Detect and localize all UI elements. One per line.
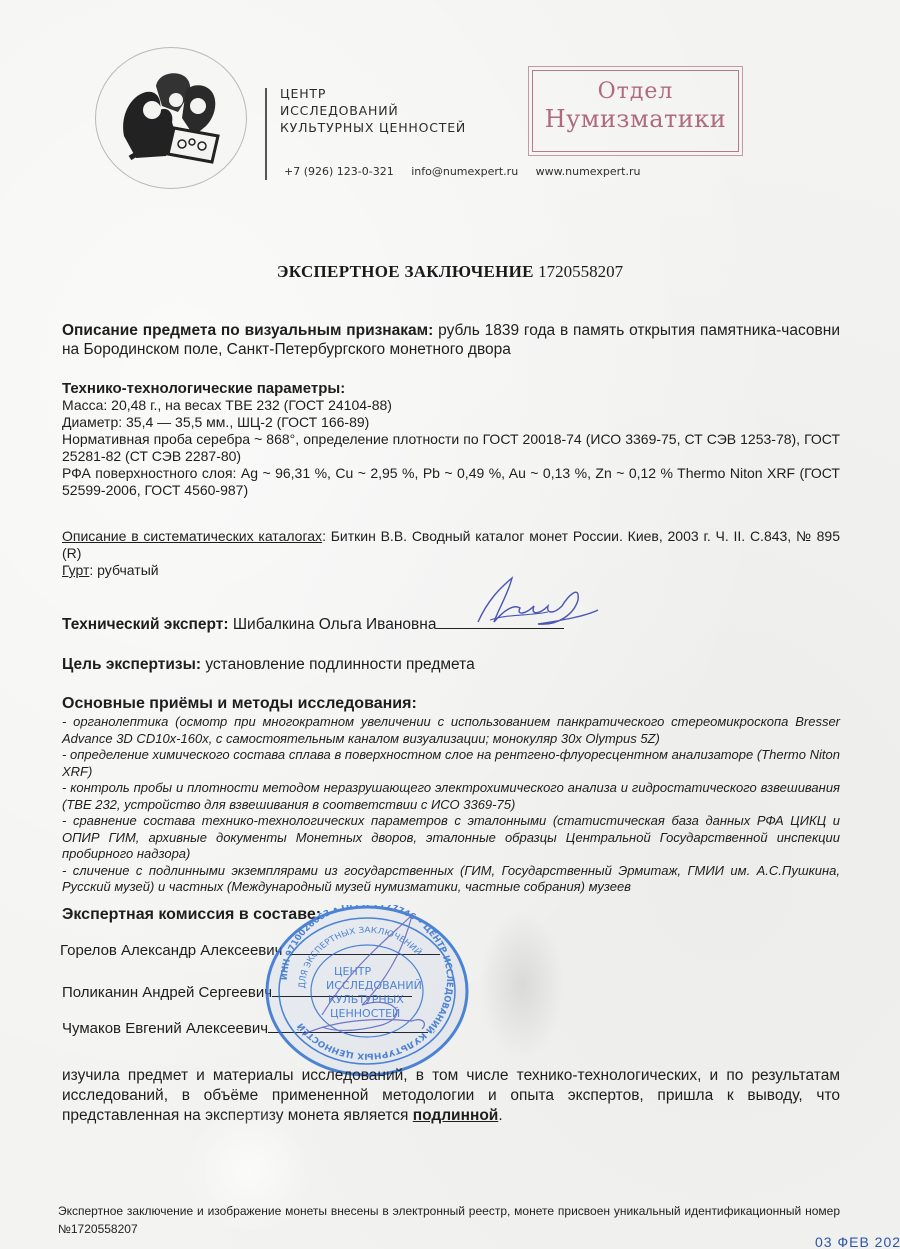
mass: Масса: 20,48 г., на весах ТВЕ 232 (ГОСТ … [62, 397, 840, 414]
method-item: - контроль пробы и плотности методом нер… [62, 780, 840, 813]
document-number: 1720558207 [538, 262, 623, 281]
technical-expert: Технический эксперт: Шибалкина Ольга Ива… [62, 616, 840, 633]
verdict: подлинной [413, 1107, 499, 1124]
xrf-composition: РФА поверхностного слоя: Ag ~ 96,31 %, C… [62, 465, 840, 499]
svg-text:ЦЕННОСТЕЙ: ЦЕННОСТЕЙ [330, 1007, 400, 1020]
catalog-reference: Описание в систематических каталогах: Би… [62, 528, 840, 562]
method-item: - сличение с подлинными экземплярами из … [62, 863, 840, 896]
date-stamp: 03 ФЕВ 2022 [815, 1234, 900, 1249]
paper-smudge [480, 910, 565, 1060]
svg-text:ЦЕНТР: ЦЕНТР [334, 965, 371, 978]
edge-description: Гурт: рубчатый [62, 562, 840, 579]
examination-purpose: Цель экспертизы: установление подлинност… [62, 656, 840, 673]
item-description: Описание предмета по визуальным признака… [62, 321, 840, 359]
silver-standard: Нормативная проба серебра ~ 868°, опреде… [62, 431, 840, 465]
header-divider [265, 88, 267, 180]
website-link[interactable]: www.numexpert.ru [536, 165, 641, 178]
tech-params: Технико-технологические параметры: Масса… [62, 380, 840, 499]
department-stamp: Отдел Нумизматики [532, 70, 739, 152]
research-methods: Основные приёмы и методы исследования: -… [62, 694, 840, 896]
svg-text:ИССЛЕДОВАНИЙ: ИССЛЕДОВАНИЙ [326, 979, 422, 992]
method-item: - определение химического состава сплава… [62, 747, 840, 780]
diameter: Диаметр: 35,4 — 35,5 мм., ШЦ-2 (ГОСТ 166… [62, 414, 840, 431]
registry-note: Экспертное заключение и изображение моне… [58, 1202, 840, 1238]
email-link[interactable]: info@numexpert.ru [411, 165, 518, 178]
org-name: ЦЕНТР ИССЛЕДОВАНИЙ КУЛЬТУРНЫХ ЦЕННОСТЕЙ [280, 85, 466, 136]
method-item: - сравнение состава технико-технологичес… [62, 813, 840, 863]
contacts: +7 (926) 123-0-321 info@numexpert.ru www… [284, 165, 654, 178]
phone: +7 (926) 123-0-321 [284, 165, 394, 178]
method-item: - органолептика (осмотр при многократном… [62, 714, 840, 747]
experts-examining-coins-icon [116, 66, 228, 171]
conclusion-text: изучила предмет и материалы исследований… [62, 1066, 840, 1126]
org-logo [95, 47, 247, 189]
document-page: ЦЕНТР ИССЛЕДОВАНИЙ КУЛЬТУРНЫХ ЦЕННОСТЕЙ … [0, 0, 900, 1249]
round-seal-icon: ИНН 9710026063 • ОГРН 1177746 • ЦЕНТР ИС… [262, 905, 472, 1077]
expert-signature-icon [468, 570, 608, 635]
document-title: ЭКСПЕРТНОЕ ЗАКЛЮЧЕНИЕ 1720558207 [0, 262, 900, 282]
